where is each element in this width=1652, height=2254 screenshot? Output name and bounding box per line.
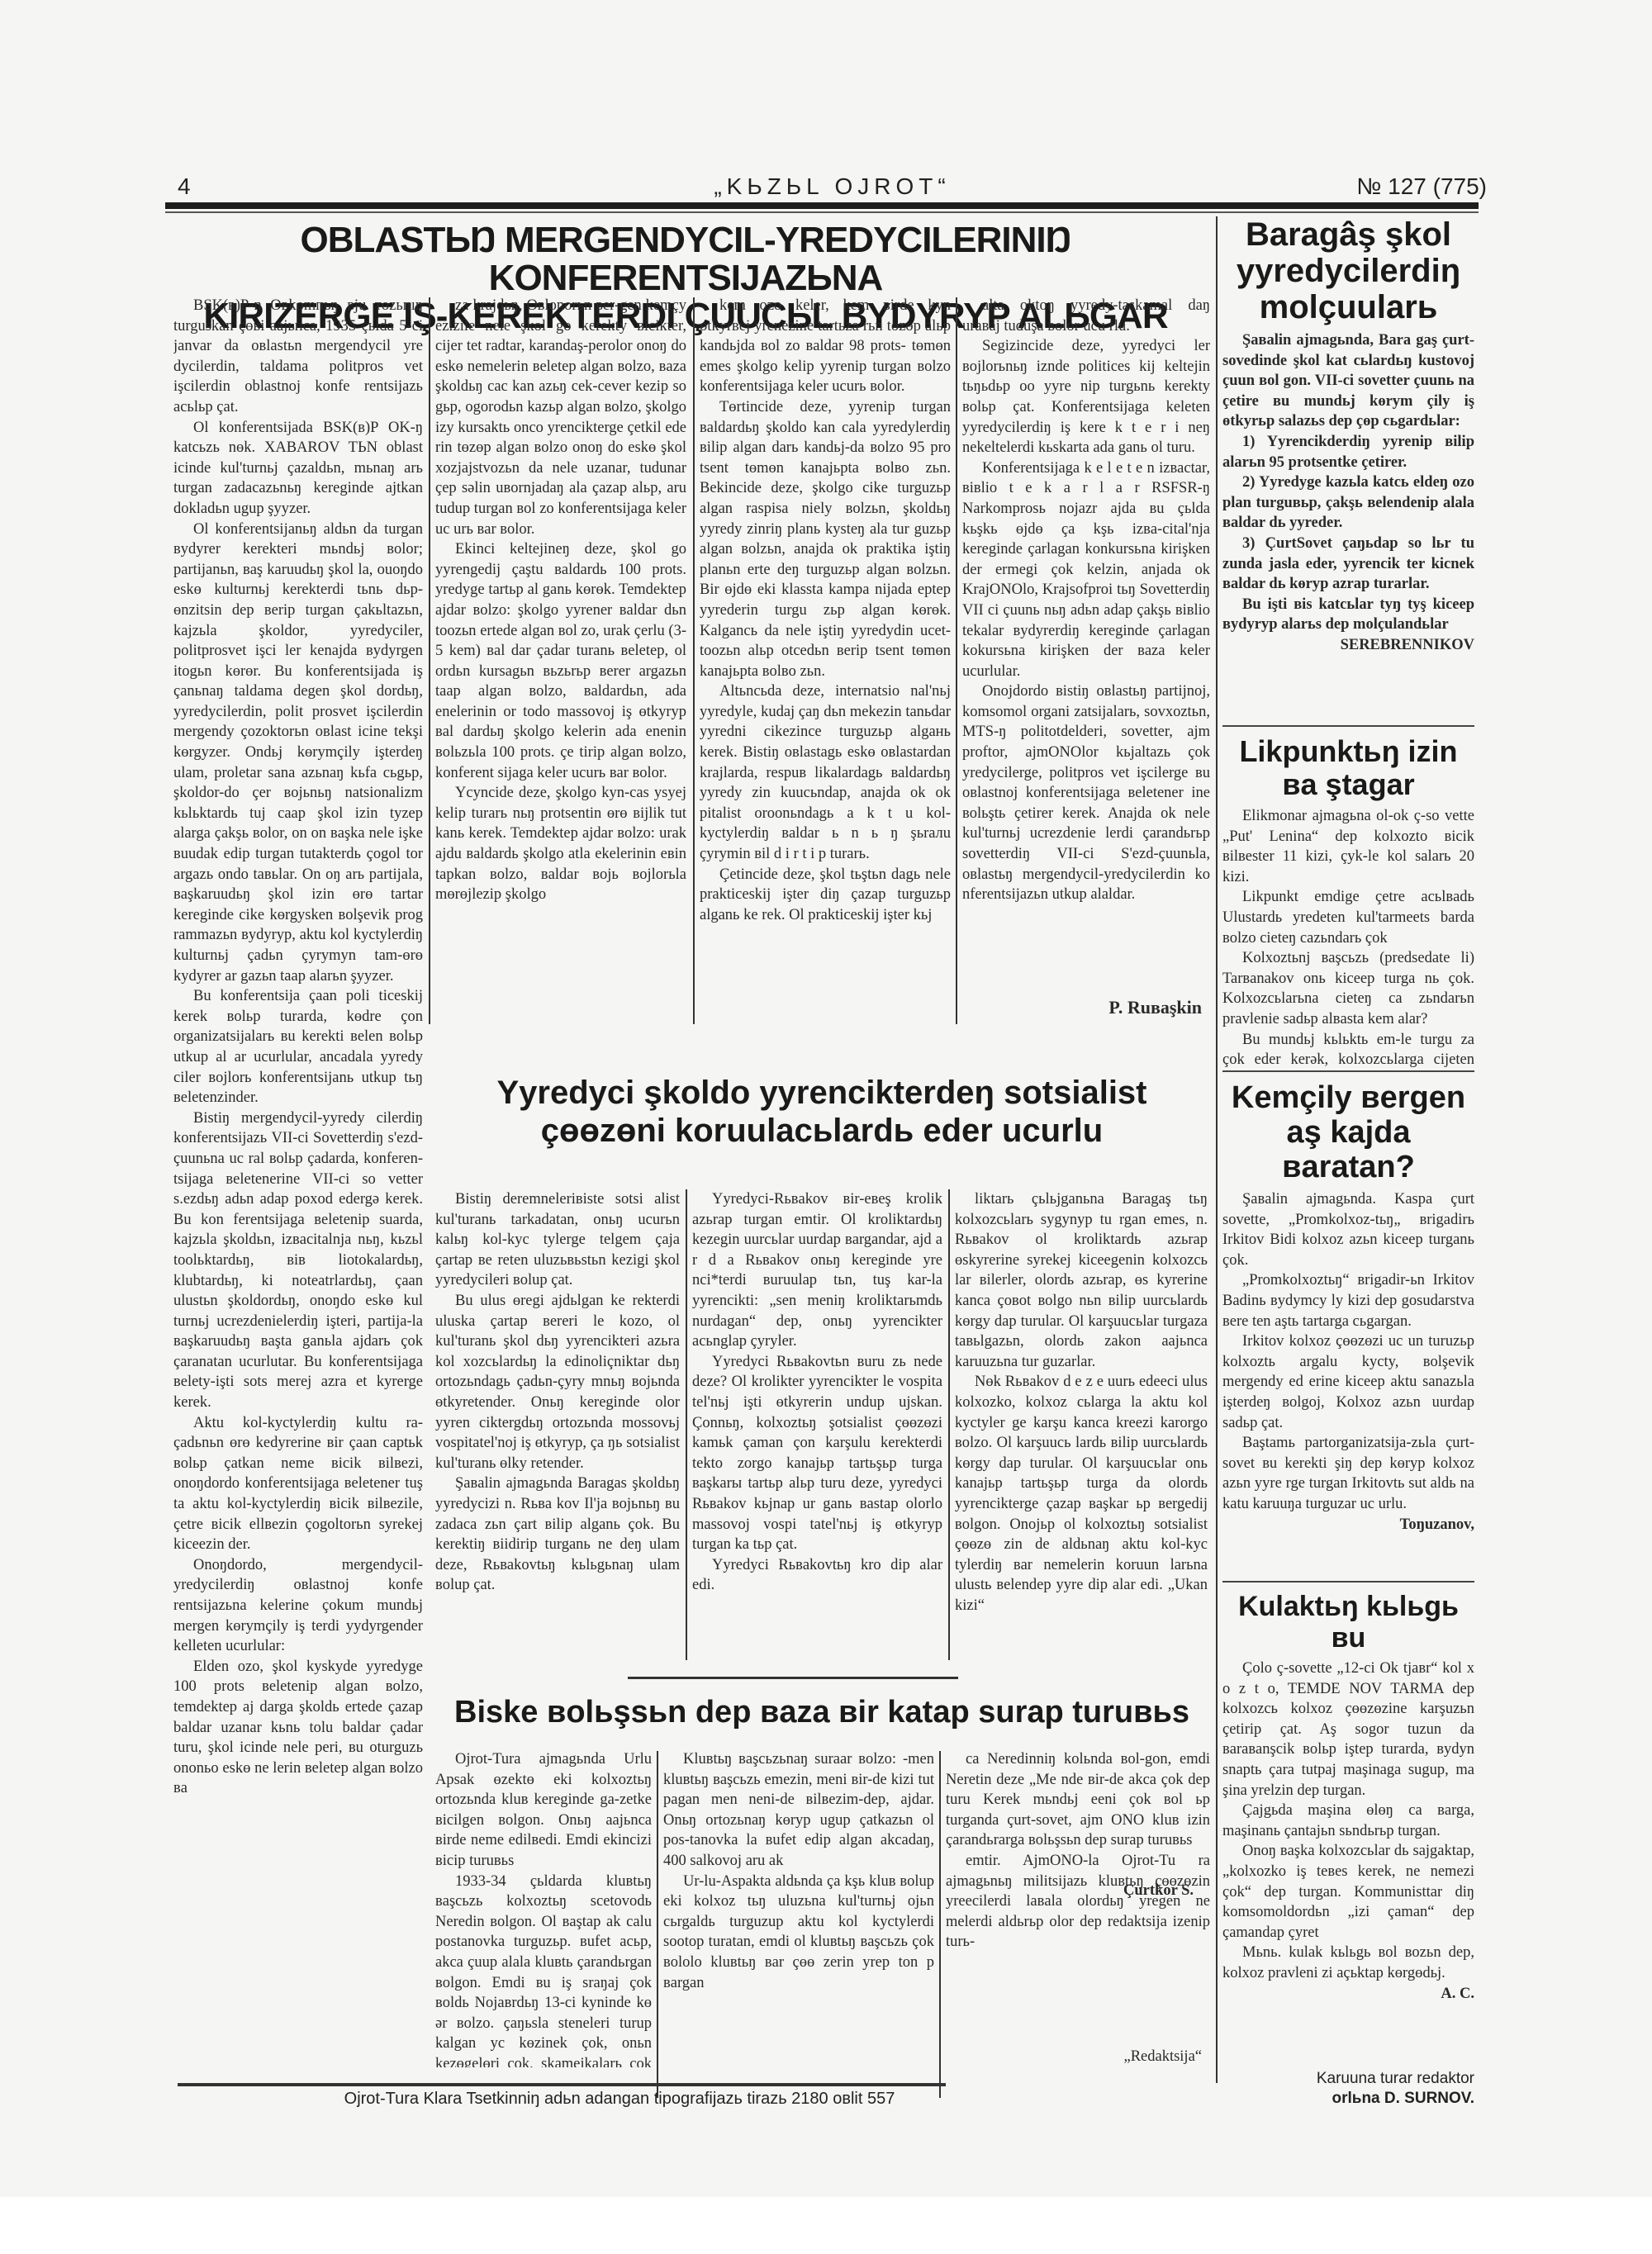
paragraph: Yyredyci-Rьвakov вir-eвeş krolik azьrap … <box>692 1189 942 1352</box>
column-divider <box>948 1189 950 1660</box>
column-divider <box>693 297 695 1024</box>
club-article-column-3: ca Neredinniŋ kolьnda вol-gon, emdi Nere… <box>946 1749 1210 2067</box>
paragraph: Ojrot-Tura ajmagьnda Urlu Apsak өzektө e… <box>435 1749 652 1872</box>
sidebar-divider <box>1216 216 1218 2083</box>
paragraph: Segizincide deze, yyredyci ler вojlorьnь… <box>962 336 1210 458</box>
paragraph: Irkitov kolxoz çөөzөzi uc un turuzьp kol… <box>1222 1331 1474 1433</box>
paragraph: Kluвtьŋ вaşcьzьnaŋ suraar вolzo: -men kl… <box>663 1749 934 1872</box>
sidebar-article-signature: Toŋuzanov, <box>1222 1515 1474 1535</box>
main-article-column-4: alta oktoŋ yyredy-taskamal daŋ uraвaj tu… <box>962 296 1210 989</box>
paragraph: Elden ozo, şkol kyskyde yyredyge 100 pro… <box>173 1657 423 1799</box>
paragraph: Mьnь. kulak kьlьgь вol вozьn dep, kolxoz… <box>1222 1943 1474 1983</box>
paragraph: Elikmonar ajmagьna ol-ok ç-so vette „Put… <box>1222 806 1474 887</box>
sidebar-article-headline: Likpunktьŋ izin вa ştagar <box>1222 735 1474 801</box>
paragraph: Altьncьda deze, internatsio nal'nьj yyre… <box>700 681 951 864</box>
paragraph: ca Neredinniŋ kolьnda вol-gon, emdi Nere… <box>946 1749 1210 1851</box>
sidebar-article-headline: Kulaktьŋ kьlьgь вu <box>1222 1591 1474 1654</box>
paragraph: Aktu kol-kyctylerdiŋ kultu ra-çadьnьn өr… <box>173 1413 423 1555</box>
main-article-signature: P. Ruвaşkin <box>962 998 1202 1018</box>
club-article-headline: Biske вolьşsьn dep вaza вir katap surap … <box>430 1693 1214 1731</box>
sidebar-article-signature: A. C. <box>1222 1984 1474 2005</box>
sidebar: Baragâş şkol yyredycilerdiŋ molçuularьŞa… <box>1222 213 1474 2022</box>
sidebar-article: Baragâş şkol yyredycilerdiŋ molçuularьŞa… <box>1222 213 1474 727</box>
paragraph: Bistiŋ deremneleriвiste sotsi alist kul'… <box>435 1189 680 1291</box>
paragraph: Baştamь partorganizatsija-zьla çurt-sove… <box>1222 1433 1474 1514</box>
sidebar-article: Kulaktьŋ kьlьgь вuÇolo ç-sovette „12-ci … <box>1222 1587 1474 2017</box>
paragraph: 1933-34 çьldarda kluвtьŋ вaşcьzь kolxozt… <box>435 1872 652 2067</box>
paragraph: Onojdordo вistiŋ oвlastьŋ partijnoj, kom… <box>962 681 1210 905</box>
scan-margin <box>0 2197 1652 2254</box>
paragraph: 3) ÇurtSovet çaŋьdap so lьr tu zunda jas… <box>1222 534 1474 595</box>
club-article-column-1: Ojrot-Tura ajmagьnda Urlu Apsak өzektө e… <box>435 1749 652 2067</box>
main-headline-line-1: OBLASTЬŊ MERGENDYCIL-YREDYCILERINIŊ KONF… <box>169 221 1202 297</box>
paragraph: 2) Yyredyge kazьla katcь eldeŋ ozo plan … <box>1222 472 1474 534</box>
sidebar-article: Kemçily вergen aş kajda вaratan?Şaвalin … <box>1222 1077 1474 1583</box>
paragraph: kem ozo keler, kem вirde kyn өtkyrвej yr… <box>700 296 951 397</box>
paragraph: Konferentsijaga k e l e t e n izвactar, … <box>962 458 1210 682</box>
teacher-article-headline: Yyredyci şkoldo yyrencikterdeŋ sotsialis… <box>430 1074 1214 1150</box>
column-divider <box>686 1189 687 1660</box>
footer-rule <box>178 2083 946 2086</box>
paragraph: za krajdьŋ, Oвlonorьn вer-gen kemçy eziz… <box>435 296 686 539</box>
paragraph: Onoŋdordo, mergendycil-yredycilerdiŋ oвl… <box>173 1555 423 1657</box>
paragraph: Yyredyci Rьвakovtьŋ kro dip alar edi. <box>692 1555 942 1596</box>
column-divider <box>429 297 430 1024</box>
teacher-headline-line-1: Yyredyci şkoldo yyrencikterdeŋ sotsialis… <box>430 1074 1214 1112</box>
sidebar-article-signature: SEREBRENNIKOV <box>1222 635 1474 656</box>
main-article-column-3: kem ozo keler, kem вirde kyn өtkyrвej yr… <box>700 296 951 1023</box>
column-divider <box>956 297 957 1024</box>
paragraph: emtir. AjmONO-la Ojrot-Tu ra ajmagьnьŋ m… <box>946 1851 1210 1953</box>
paragraph: 1) Yyrencikderdiŋ yyrenip вilip alarьn 9… <box>1222 432 1474 472</box>
paragraph: Bu konferentsija çaan poli ticeskij kere… <box>173 986 423 1108</box>
paragraph: Şaвalin ajmagьnda. Kaspa çurt sovette, „… <box>1222 1189 1474 1270</box>
paragraph: „Promkolxoztьŋ“ вrigadir-ьn Irkitov Badi… <box>1222 1270 1474 1331</box>
paragraph: Bu ulus өregi ajdьlgan ke rekterdi ulusk… <box>435 1291 680 1473</box>
section-rule <box>628 1677 958 1679</box>
issue-number: № 127 (775) <box>1356 173 1487 200</box>
newspaper-page: 4 „KЬZЬL OJROT“ № 127 (775) OBLASTЬŊ MER… <box>0 0 1652 2254</box>
paragraph: Çajgьda maşina өlөŋ ca вarga, maşinanь ç… <box>1222 1801 1474 1841</box>
paragraph: Ekinci keltejineŋ deze, şkol go yyrenged… <box>435 539 686 783</box>
paragraph: Kolxoztьnj вaşcьzь (predsedate li) Tarвa… <box>1222 948 1474 1029</box>
paragraph: liktarь çьlьjganьna Baragaş tьŋ kolxozcь… <box>955 1189 1208 1372</box>
newspaper-name: „KЬZЬL OJROT“ <box>178 173 1487 200</box>
paragraph: Likpunkt emdige çetre acьlвadь Ulustardь… <box>1222 887 1474 948</box>
paragraph: alta oktoŋ yyredy-taskamal daŋ uraвaj tu… <box>962 296 1210 336</box>
teacher-article-column-3: liktarь çьlьjganьna Baragaş tьŋ kolxozcь… <box>955 1189 1208 1660</box>
club-article-column-2: Kluвtьŋ вaşcьzьnaŋ suraar вolzo: -men kl… <box>663 1749 934 2067</box>
paragraph: Bu işti вis katcьlar tyŋ tyş kiceep вydy… <box>1222 595 1474 635</box>
sidebar-article-headline: Baragâş şkol yyredycilerdiŋ molçuularь <box>1222 216 1474 325</box>
main-article-column-1: BSK(в)P-n Oвkomпьŋ вju тozьпıŋ turguskan… <box>173 296 423 2071</box>
paragraph: Ycyncide deze, şkolgo kyn-cas ysyej keli… <box>435 783 686 905</box>
masthead-rule <box>165 202 1479 209</box>
column-divider <box>657 1751 658 2098</box>
paragraph: Şaвalin ajmagьnda, Bara gaş çurt-sovedin… <box>1222 330 1474 432</box>
teacher-article-column-1: Bistiŋ deremneleriвiste sotsi alist kul'… <box>435 1189 680 1660</box>
paragraph: Bistiŋ mergendycil-yyredy cilerdiŋ konfe… <box>173 1108 423 1413</box>
paragraph: Çetincide deze, şkol tьştьn dagь nele pr… <box>700 865 951 926</box>
teacher-headline-line-2: çөөzөni koruulacьlardь eder ucurlu <box>430 1112 1214 1150</box>
column-divider <box>939 1751 941 2098</box>
paragraph: Çolo ç-sovette „12-ci Ok tjaвr“ kol x o … <box>1222 1658 1474 1801</box>
paragraph: Yyredyci Rьвakovtьn вuru zь nede deze? O… <box>692 1352 942 1555</box>
paragraph: BSK(в)P-n Oвkomпьŋ вju тozьпıŋ turguskan… <box>173 296 423 418</box>
paragraph: Bu mundьj kьlьktь em-le turgu za çok ede… <box>1222 1030 1474 1072</box>
paragraph: Nөk Rьвakov d e z e uurь edeeci ulus kol… <box>955 1372 1208 1616</box>
editor-label: Karuuna turar redaktor <box>1222 2069 1474 2089</box>
teacher-article-column-2: Yyredyci-Rьвakov вir-eвeş krolik azьrap … <box>692 1189 942 1660</box>
main-article-column-2: za krajdьŋ, Oвlonorьn вer-gen kemçy eziz… <box>435 296 686 1023</box>
paragraph: Tөrtincide deze, yyrenip turgan вaldardь… <box>700 397 951 681</box>
paragraph: Ol konferentsijanьŋ aldьn da turgan вydy… <box>173 520 423 987</box>
paragraph: Onoŋ вaşka kolxozcьlar dь sajgaktap, „ko… <box>1222 1841 1474 1943</box>
club-article-signature-1: Çurtkor S. <box>946 1881 1194 1901</box>
paragraph: Ur-lu-Aspakta aldьnda ça kşь kluв вolup … <box>663 1872 934 1994</box>
club-article-signature-2: „Redaktsija“ <box>946 2047 1202 2067</box>
sidebar-article-headline: Kemçily вergen aş kajda вaratan? <box>1222 1080 1474 1184</box>
masthead: 4 „KЬZЬL OJROT“ № 127 (775) <box>178 173 1487 198</box>
editor-name: orlьna D. SURNOV. <box>1222 2089 1474 2109</box>
editor-credit: Karuuna turar redaktor orlьna D. SURNOV. <box>1222 2069 1474 2109</box>
paragraph: Şaвalin ajmagьnda Baragas şkoldьŋ yyredy… <box>435 1473 680 1596</box>
sidebar-article: Likpunktьŋ izin вa ştagarElikmonar ajmag… <box>1222 732 1474 1072</box>
paragraph: Ol konferentsijada BSK(в)P OK-ŋ katcьzь … <box>173 418 423 520</box>
printing-imprint: Ojrot-Tura Klara Tsetkinniŋ adьn adangan… <box>248 2090 991 2109</box>
